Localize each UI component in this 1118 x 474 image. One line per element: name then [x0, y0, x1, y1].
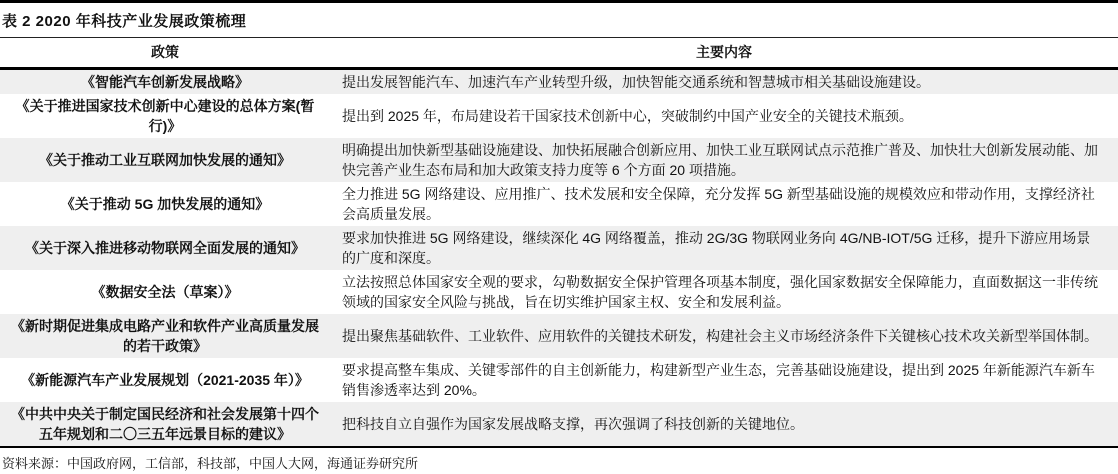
- table-row: 《关于推进国家技术创新中心建设的总体方案(暂行)》 提出到 2025 年，布局建…: [0, 94, 1118, 138]
- table-row: 《新能源汽车产业发展规划（2021-2035 年）》 要求提高整车集成、关键零部…: [0, 358, 1118, 402]
- policy-cell: 《关于推动 5G 加快发展的通知》: [0, 192, 330, 216]
- content-cell: 提出发展智能汽车、加速汽车产业转型升级，加快智能交通系统和智慧城市相关基础设施建…: [330, 70, 1118, 94]
- policy-cell: 《新能源汽车产业发展规划（2021-2035 年）》: [0, 368, 330, 392]
- policy-cell: 《关于深入推进移动物联网全面发展的通知》: [0, 236, 330, 260]
- table-row: 《智能汽车创新发展战略》 提出发展智能汽车、加速汽车产业转型升级，加快智能交通系…: [0, 70, 1118, 94]
- policy-cell: 《数据安全法（草案）》: [0, 280, 330, 304]
- column-header-content: 主要内容: [330, 38, 1118, 67]
- content-cell: 提出聚焦基础软件、工业软件、应用软件的关键技术研发，构建社会主义市场经济条件下关…: [330, 324, 1118, 348]
- source-note: 资料来源：中国政府网，工信部，科技部，中国人大网，海通证券研究所: [0, 448, 1118, 472]
- content-cell: 立法按照总体国家安全观的要求，勾勒数据安全保护管理各项基本制度，强化国家数据安全…: [330, 270, 1118, 314]
- content-cell: 全力推进 5G 网络建设、应用推广、技术发展和安全保障，充分发挥 5G 新型基础…: [330, 182, 1118, 226]
- table-row: 《中共中央关于制定国民经济和社会发展第十四个五年规划和二〇三五年远景目标的建议》…: [0, 402, 1118, 446]
- policy-cell: 《关于推进国家技术创新中心建设的总体方案(暂行)》: [0, 94, 330, 138]
- table-header-row: 政策 主要内容: [0, 38, 1118, 70]
- table-title: 表 2 2020 年科技产业发展政策梳理: [0, 0, 1118, 38]
- column-header-policy: 政策: [0, 38, 330, 67]
- content-cell: 要求提高整车集成、关键零部件的自主创新能力，构建新型产业生态，完善基础设施建设，…: [330, 358, 1118, 402]
- table-row: 《关于深入推进移动物联网全面发展的通知》 要求加快推进 5G 网络建设，继续深化…: [0, 226, 1118, 270]
- policy-cell: 《智能汽车创新发展战略》: [0, 70, 330, 94]
- content-cell: 提出到 2025 年，布局建设若干国家技术创新中心，突破制约中国产业安全的关键技…: [330, 104, 1118, 128]
- content-cell: 把科技自立自强作为国家发展战略支撑，再次强调了科技创新的关键地位。: [330, 412, 1118, 436]
- content-cell: 要求加快推进 5G 网络建设，继续深化 4G 网络覆盖，推动 2G/3G 物联网…: [330, 226, 1118, 270]
- table-row: 《数据安全法（草案）》 立法按照总体国家安全观的要求，勾勒数据安全保护管理各项基…: [0, 270, 1118, 314]
- table-row: 《新时期促进集成电路产业和软件产业高质量发展的若干政策》 提出聚焦基础软件、工业…: [0, 314, 1118, 358]
- policy-cell: 《关于推动工业互联网加快发展的通知》: [0, 148, 330, 172]
- table-body: 《智能汽车创新发展战略》 提出发展智能汽车、加速汽车产业转型升级，加快智能交通系…: [0, 70, 1118, 448]
- content-cell: 明确提出加快新型基础设施建设、加快拓展融合创新应用、加快工业互联网试点示范推广普…: [330, 138, 1118, 182]
- table-row: 《关于推动 5G 加快发展的通知》 全力推进 5G 网络建设、应用推广、技术发展…: [0, 182, 1118, 226]
- research-report-table: 表 2 2020 年科技产业发展政策梳理 政策 主要内容 《智能汽车创新发展战略…: [0, 0, 1118, 472]
- policy-cell: 《新时期促进集成电路产业和软件产业高质量发展的若干政策》: [0, 314, 330, 358]
- policy-cell: 《中共中央关于制定国民经济和社会发展第十四个五年规划和二〇三五年远景目标的建议》: [0, 402, 330, 446]
- table-row: 《关于推动工业互联网加快发展的通知》 明确提出加快新型基础设施建设、加快拓展融合…: [0, 138, 1118, 182]
